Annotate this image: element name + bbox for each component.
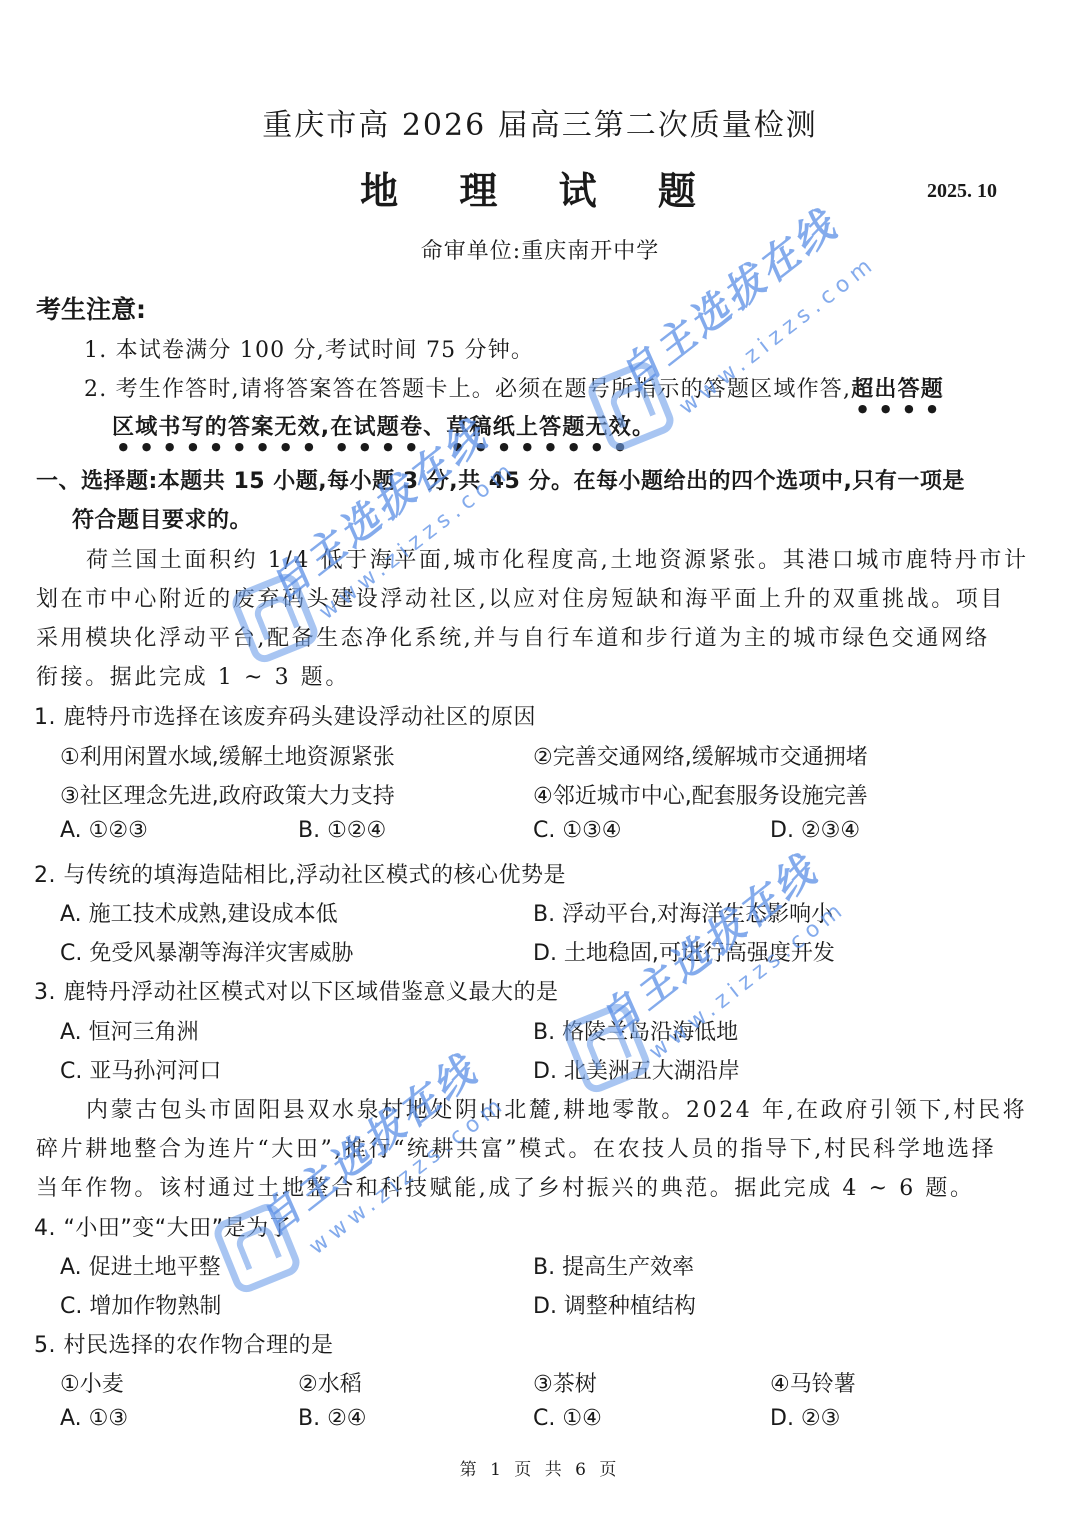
question-2-option-c[interactable]: C. 免受风暴潮等海洋灾害威胁 (60, 936, 353, 967)
passage1-line: 衔接。据此完成 1 ~ 3 题。 (36, 660, 350, 691)
subject-title: 地 理 试 题 (0, 160, 1080, 215)
question-5-item: ②水稻 (298, 1367, 362, 1398)
question-3-option-a[interactable]: A. 恒河三角洲 (60, 1015, 199, 1046)
passage2-line: 内蒙古包头市固阳县双水泉村地处阴山北麓,耕地零散。2024 年,在政府引领下,村… (86, 1093, 1027, 1124)
exam-title: 重庆市高 2026 届高三第二次质量检测 (0, 100, 1080, 144)
question-4-option-b[interactable]: B. 提高生产效率 (533, 1250, 694, 1281)
notice-item-2: 2. 考生作答时,请将答案答在答题卡上。必须在题号所指示的答题区域作答,超出答题 (84, 372, 944, 415)
question-4-option-a[interactable]: A. 促进土地平整 (60, 1250, 221, 1281)
question-2-option-a[interactable]: A. 施工技术成熟,建设成本低 (60, 897, 338, 928)
question-3-option-c[interactable]: C. 亚马孙河河口 (60, 1054, 221, 1085)
author-unit: 命审单位:重庆南开中学 (0, 234, 1080, 265)
notice-heading: 考生注意: (36, 290, 146, 326)
question-4-option-d[interactable]: D. 调整种植结构 (533, 1289, 696, 1320)
passage1-line: 划在市中心附近的废弃码头建设浮动社区,以应对住房短缺和海平面上升的双重挑战。项目 (36, 582, 1005, 613)
page-number: 第 1 页 共 6 页 (0, 1455, 1080, 1480)
question-1-item: ②完善交通网络,缓解城市交通拥堵 (533, 740, 868, 771)
question-2-option-b[interactable]: B. 浮动平台,对海洋生态影响小 (533, 897, 833, 928)
question-5-item: ④马铃薯 (770, 1367, 856, 1398)
question-5-option-c[interactable]: C. ①④ (533, 1406, 602, 1431)
question-3-stem: 3. 鹿特丹浮动社区模式对以下区域借鉴意义最大的是 (34, 975, 559, 1006)
notice-item-2-text: 2. 考生作答时,请将答案答在答题卡上。必须在题号所指示的答题区域作答, (84, 377, 851, 402)
question-1-option-c[interactable]: C. ①③④ (533, 818, 622, 843)
question-1-item: ①利用闲置水域,缓解土地资源紧张 (60, 740, 395, 771)
question-1-item: ④邻近城市中心,配套服务设施完善 (533, 779, 868, 810)
passage2-line: 碎片耕地整合为连片“大田”,推行“统耕共富”模式。在农技人员的指导下,村民科学地… (36, 1132, 996, 1163)
question-1-option-d[interactable]: D. ②③④ (770, 818, 860, 843)
question-5-option-b[interactable]: B. ②④ (298, 1406, 367, 1431)
question-5-option-a[interactable]: A. ①③ (60, 1406, 128, 1431)
section-heading: 一、选择题:本题共 15 小题,每小题 3 分,共 45 分。在每小题给出的四个… (36, 464, 965, 495)
passage1-line: 荷兰国土面积约 1/4 低于海平面,城市化程度高,土地资源紧张。其港口城市鹿特丹… (86, 543, 1029, 574)
question-2-stem: 2. 与传统的填海造陆相比,浮动社区模式的核心优势是 (34, 858, 566, 889)
question-1-option-a[interactable]: A. ①②③ (60, 818, 148, 843)
question-5-stem: 5. 村民选择的农作物合理的是 (34, 1328, 333, 1359)
passage2-line: 当年作物。该村通过土地整合和科技赋能,成了乡村振兴的典范。据此完成 4 ~ 6 … (36, 1171, 975, 1202)
question-1-item: ③社区理念先进,政府政策大力支持 (60, 779, 395, 810)
question-1-option-b[interactable]: B. ①②④ (298, 818, 386, 843)
section-heading-cont: 符合题目要求的。 (72, 503, 252, 534)
question-2-option-d[interactable]: D. 土地稳固,可进行高强度开发 (533, 936, 835, 967)
notice-item-2-emphasis: 超出答题 (851, 377, 944, 402)
question-5-option-d[interactable]: D. ②③ (770, 1406, 840, 1431)
question-5-item: ③茶树 (533, 1367, 597, 1398)
question-4-option-c[interactable]: C. 增加作物熟制 (60, 1289, 221, 1320)
exam-date: 2025. 10 (927, 180, 997, 203)
passage1-line: 采用模块化浮动平台,配备生态净化系统,并与自行车道和步行道为主的城市绿色交通网络 (36, 621, 990, 652)
question-5-item: ①小麦 (60, 1367, 124, 1398)
question-1-stem: 1. 鹿特丹市选择在该废弃码头建设浮动社区的原因 (34, 700, 536, 731)
notice-item-1: 1. 本试卷满分 100 分,考试时间 75 分钟。 (84, 333, 534, 364)
notice-item-2-line2: 区域书写的答案无效,在试题卷、草稿纸上答题无效。 (112, 410, 655, 453)
